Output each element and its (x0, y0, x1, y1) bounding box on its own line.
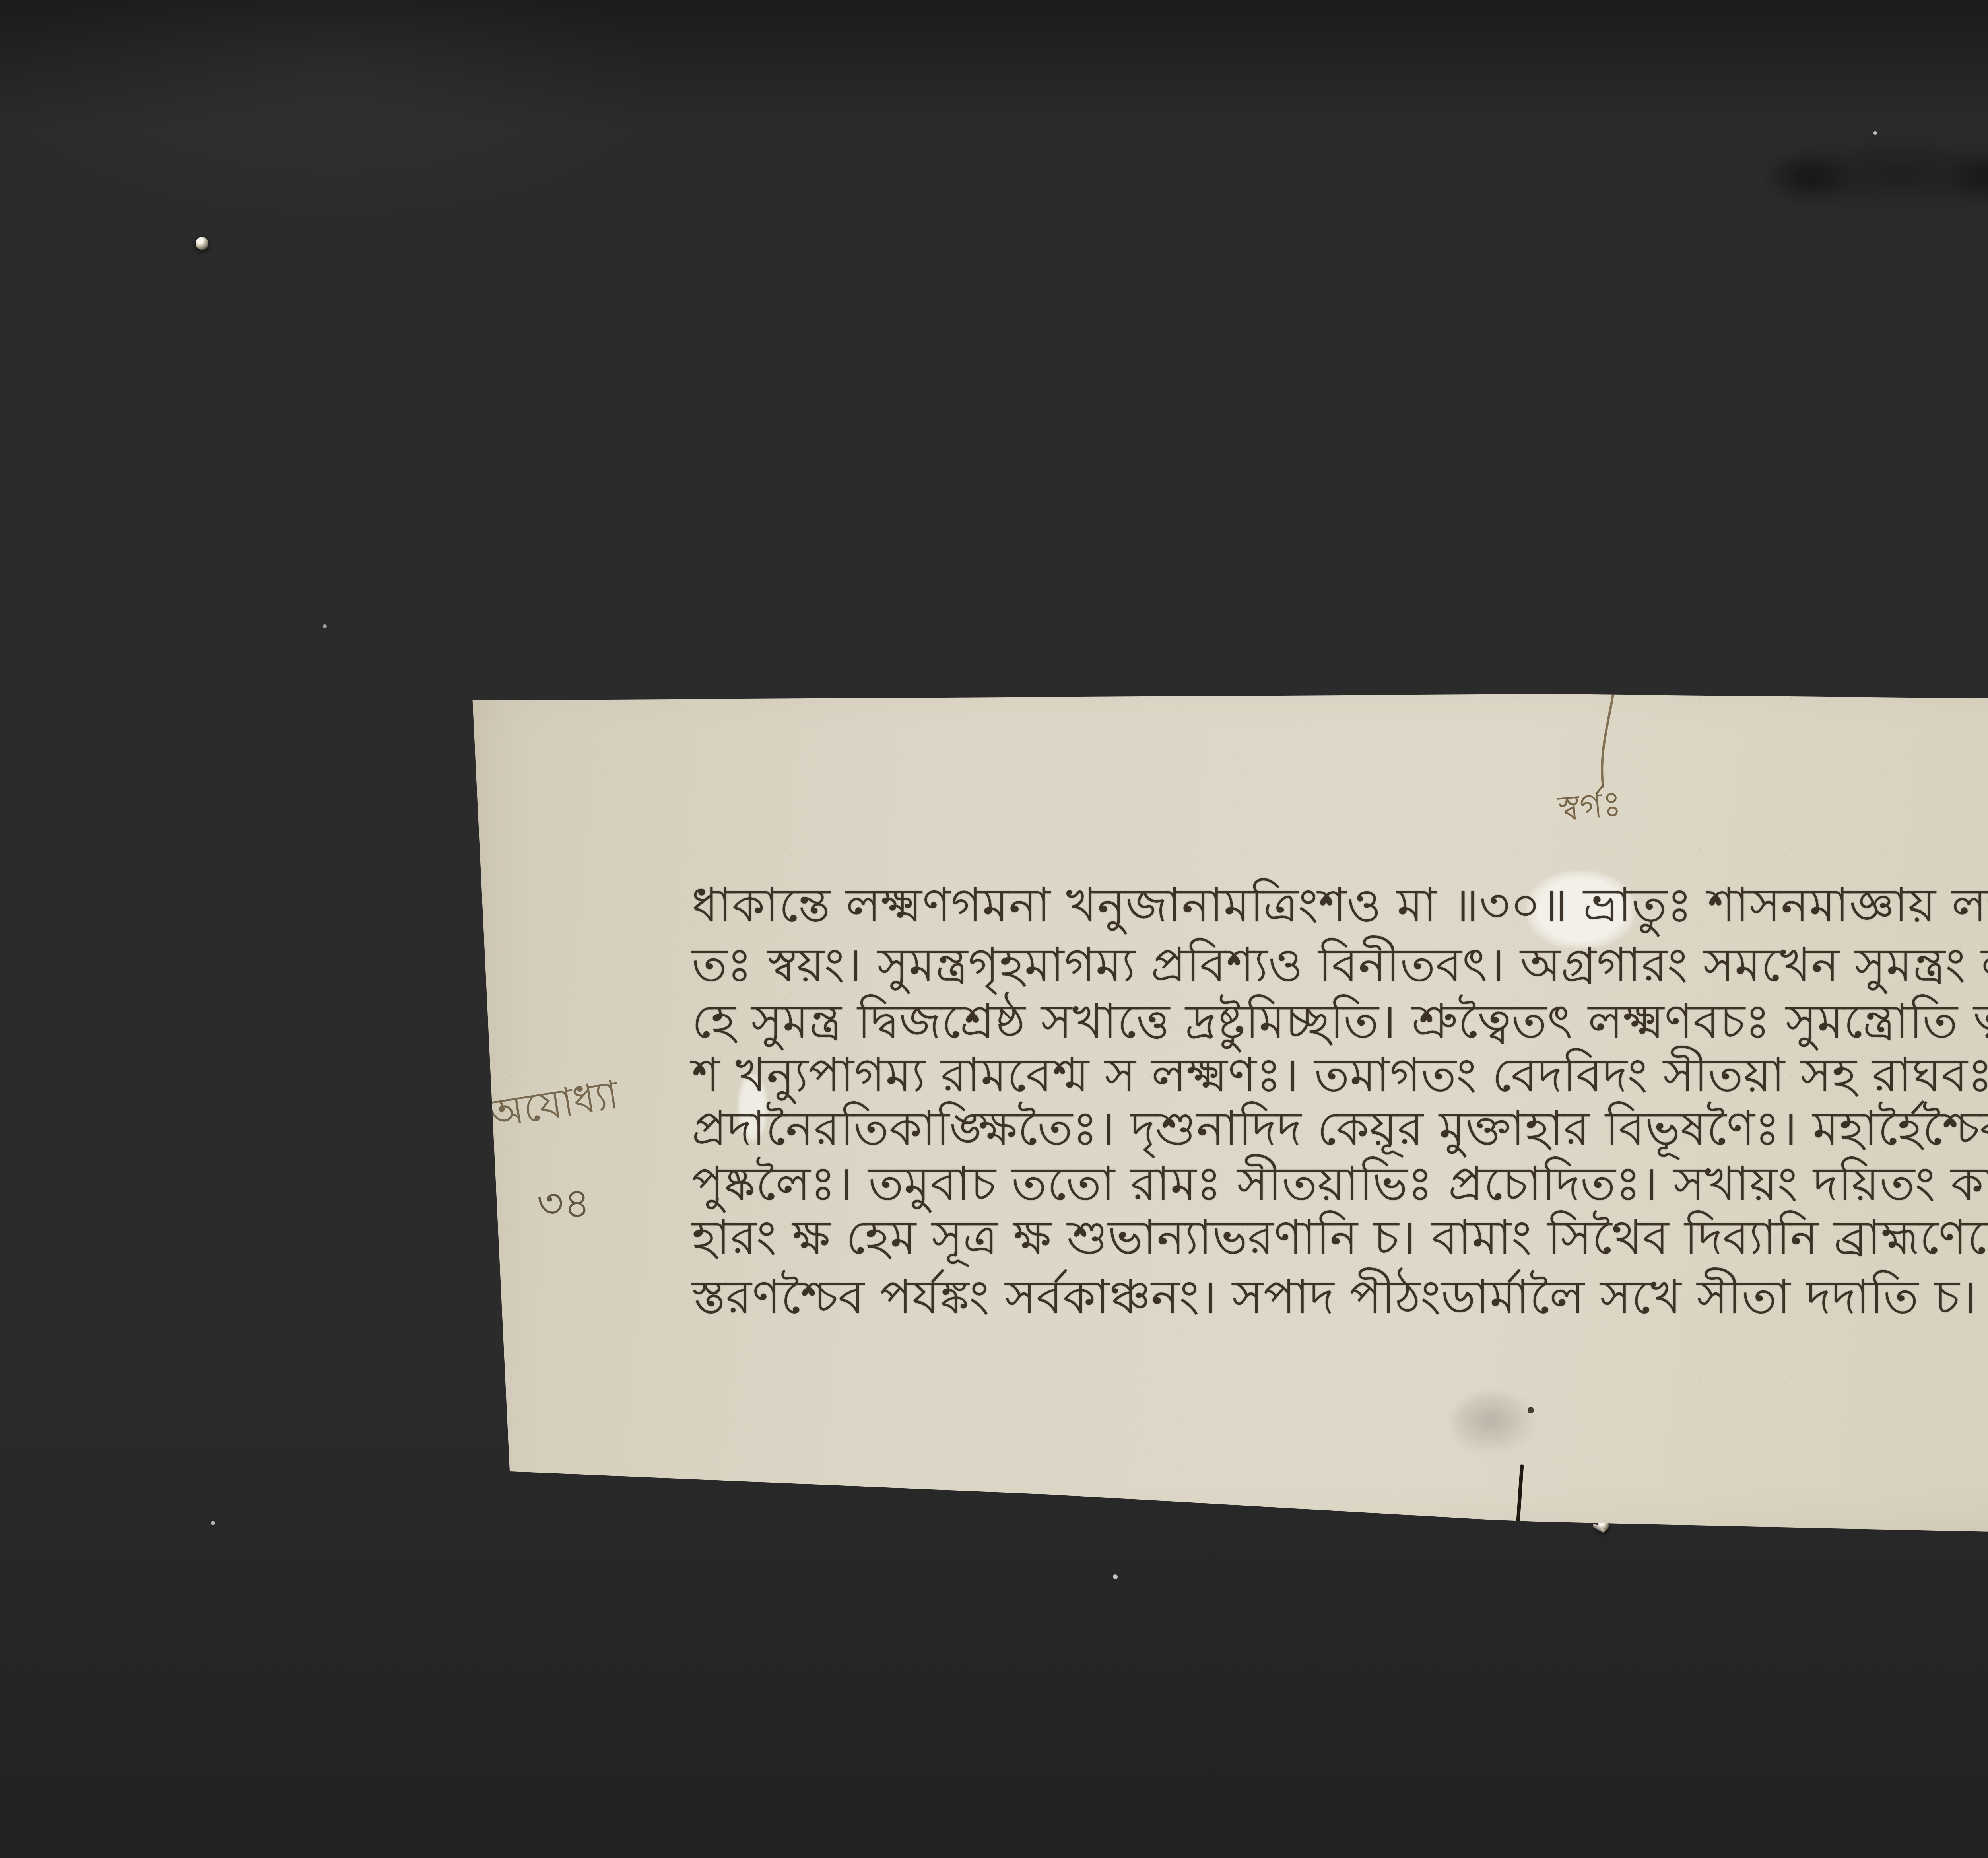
margin-book-label: অযোধ্যা (485, 1064, 624, 1150)
dust-speck-icon (1113, 1574, 1118, 1579)
dust-speck-icon (323, 624, 327, 628)
board-ink-smudge-icon (1749, 127, 1988, 219)
margin-chapter-number: ৩৪ (537, 1171, 590, 1240)
manuscript-line: স্তরণশ্চৈব পর্যঙ্কং সর্বকাঞ্চনং। সপাদ পী… (692, 1261, 1988, 1339)
header-invocation-mark: স্বর্গঃ (1556, 777, 1624, 840)
pin-stem-icon (1592, 1523, 1606, 1533)
manuscript-page: স্বর্গঃ ধাকান্তে লক্ষ্মণগমনা খনুজানামত্র… (457, 648, 1988, 1563)
paper-tear (1516, 1464, 1524, 1527)
dust-speck-icon (1873, 131, 1877, 135)
pencil-smudge (1451, 1392, 1539, 1456)
pin-head-icon (196, 237, 208, 250)
dust-speck-icon (211, 1521, 215, 1525)
photo-scene: স্বর্গঃ ধাকান্তে লক্ষ্মণগমনা খনুজানামত্র… (0, 0, 1988, 1858)
ink-dot (1528, 1407, 1534, 1413)
header-flourish-stroke (1582, 660, 1634, 791)
